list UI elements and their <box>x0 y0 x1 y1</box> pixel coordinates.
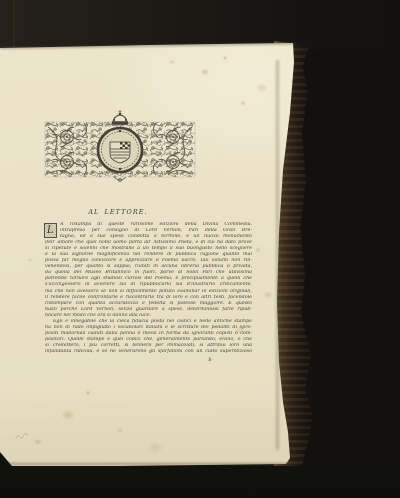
text-line: s'accingessero in avvenire sia di ripubb… <box>45 282 252 288</box>
scan-background-bottom <box>0 466 400 498</box>
text-line: il rendere facile confrontarle e riscont… <box>45 295 252 301</box>
text-line: ha non di rado impigliato i vocabolari i… <box>45 325 252 331</box>
signature-mark: b <box>200 357 220 363</box>
text-line: ristampare con quanta accuratezza e fede… <box>45 301 252 307</box>
headpiece-ornament-icon <box>44 109 196 184</box>
body-text: A ristampa di queste rarissime edizioni … <box>45 222 252 355</box>
page-heading: AL LETTORE. <box>45 208 191 216</box>
scanned-page-photo: AL LETTORE. L A ristampa di queste raris… <box>0 0 400 498</box>
pencil-mark <box>15 432 31 441</box>
text-line: positi madornali caduti dalla penna o me… <box>45 331 252 337</box>
page-bottom-shadow <box>8 463 290 465</box>
scan-background-top <box>0 0 400 50</box>
text-line: Egli è innegabile che la cieca fiducia p… <box>45 319 252 325</box>
heraldic-medallion-icon <box>98 128 142 172</box>
text-line: ma che non avessero se non sì difficilme… <box>45 289 252 295</box>
crown-icon <box>112 110 128 125</box>
page-right-shadow <box>276 60 279 450</box>
page-edge-line <box>13 0 15 48</box>
text-line: basti perchè Lord Vernon, senza guardare… <box>45 307 252 313</box>
text-line: infallibilità ridicola, e se ne veneraro… <box>45 349 252 355</box>
